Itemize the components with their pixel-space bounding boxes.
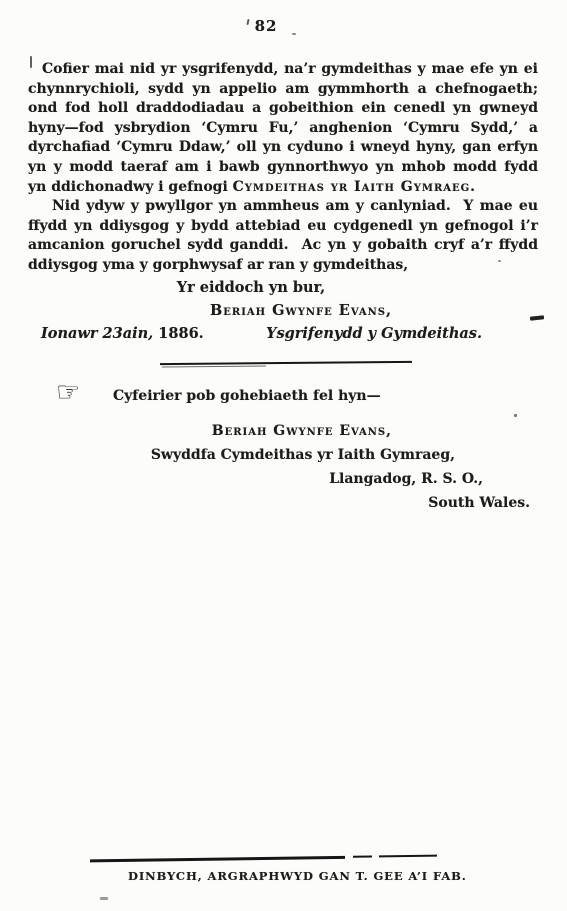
ink-artifact <box>30 56 32 68</box>
paragraph1-last-line-text: yn ddichonadwy i gefnogi <box>28 179 233 195</box>
ink-artifact <box>498 260 501 262</box>
paragraph1-line: ond fod holl draddodiadau a gobeithion e… <box>28 99 538 119</box>
printer-imprint: DINBYCH, ARGRAPHWYD GAN T. GEE A’I FAB. <box>128 869 567 883</box>
ink-artifact <box>530 315 544 320</box>
page-number: 82 <box>0 17 532 35</box>
signature-title: Ysgrifenydd y Gymdeithas. <box>266 323 482 344</box>
valediction: Yr eiddoch yn bur, <box>28 277 474 298</box>
correspondence-instruction-row: ☞ Cyfeirier pob gohebiaeth fel hyn— <box>28 384 538 408</box>
colophon-rule-dash <box>353 855 372 857</box>
ink-artifact <box>292 33 296 35</box>
correspondence-instruction: Cyfeirier pob gohebiaeth fel hyn— <box>28 384 538 408</box>
paragraph1-line: chynnrychioli, sydd yn appelio am gymmho… <box>28 80 538 100</box>
section-divider-rule-ghost <box>162 366 266 368</box>
paragraph1-line: dyrchafiad ‘Cymru Ddaw,’ oll yn cyduno i… <box>28 138 538 158</box>
correspondence-block: ☞ Cyfeirier pob gohebiaeth fel hyn— Beri… <box>28 384 538 515</box>
paragraph1-line: Cofier mai nid yr ysgrifenydd, na’r gymd… <box>28 60 538 80</box>
colophon-rule-segment <box>90 855 345 862</box>
colophon: DINBYCH, ARGRAPHWYD GAN T. GEE A’I FAB. <box>0 856 567 883</box>
paragraph2-line: amcanion goruchel sydd ganddi. Ac yn y g… <box>28 236 538 256</box>
correspondence-office: Swyddfa Cymdeithas yr Iaith Gymraeg, <box>28 443 538 467</box>
ink-artifact <box>514 414 517 417</box>
correspondence-town: Llangadog, R. S. O., <box>28 467 538 491</box>
section-divider-rule <box>160 361 412 365</box>
paragraph2-last-line: ddiysgog yma y gorphwysaf ar ran y gymde… <box>28 256 538 276</box>
correspondence-name: Beriah Gwynfe Evans, <box>28 419 538 443</box>
paragraph2-line: ffydd yn ddiysgog y bydd attebiad eu cyd… <box>28 217 538 237</box>
colophon-rule <box>90 854 437 863</box>
letter-date-year: 1886. <box>158 325 203 342</box>
scanned-book-page: 82 Cofier mai nid yr ysgrifenydd, na’r g… <box>0 0 567 911</box>
paragraph1-last-line: yn ddichonadwy i gefnogi Cymdeithas yr I… <box>28 178 538 198</box>
signature-date-row: Ionawr 23ain, 1886. Ysgrifenydd y Gymdei… <box>28 323 538 344</box>
signature-name: Beriah Gwynfe Evans, <box>28 300 538 321</box>
colophon-rule-dash <box>379 855 437 858</box>
letter-body: Cofier mai nid yr ysgrifenydd, na’r gymd… <box>28 60 538 344</box>
letter-date: Ionawr 23ain, 1886. <box>41 323 204 344</box>
pointing-hand-icon: ☞ <box>56 377 80 408</box>
society-name: Cymdeithas yr Iaith Gymraeg. <box>233 179 476 195</box>
letter-date-text: Ionawr 23ain, <box>41 325 153 342</box>
ink-artifact <box>100 897 108 900</box>
paragraph2-line: Nid ydyw y pwyllgor yn ammheus am y canl… <box>28 197 538 217</box>
paragraph1-line: yn y modd taeraf am i bawb gynnorthwyo y… <box>28 158 538 178</box>
correspondence-region: South Wales. <box>28 491 538 515</box>
paragraph1-line: hyny—fod ysbrydion ‘Cymru Fu,’ anghenion… <box>28 119 538 139</box>
